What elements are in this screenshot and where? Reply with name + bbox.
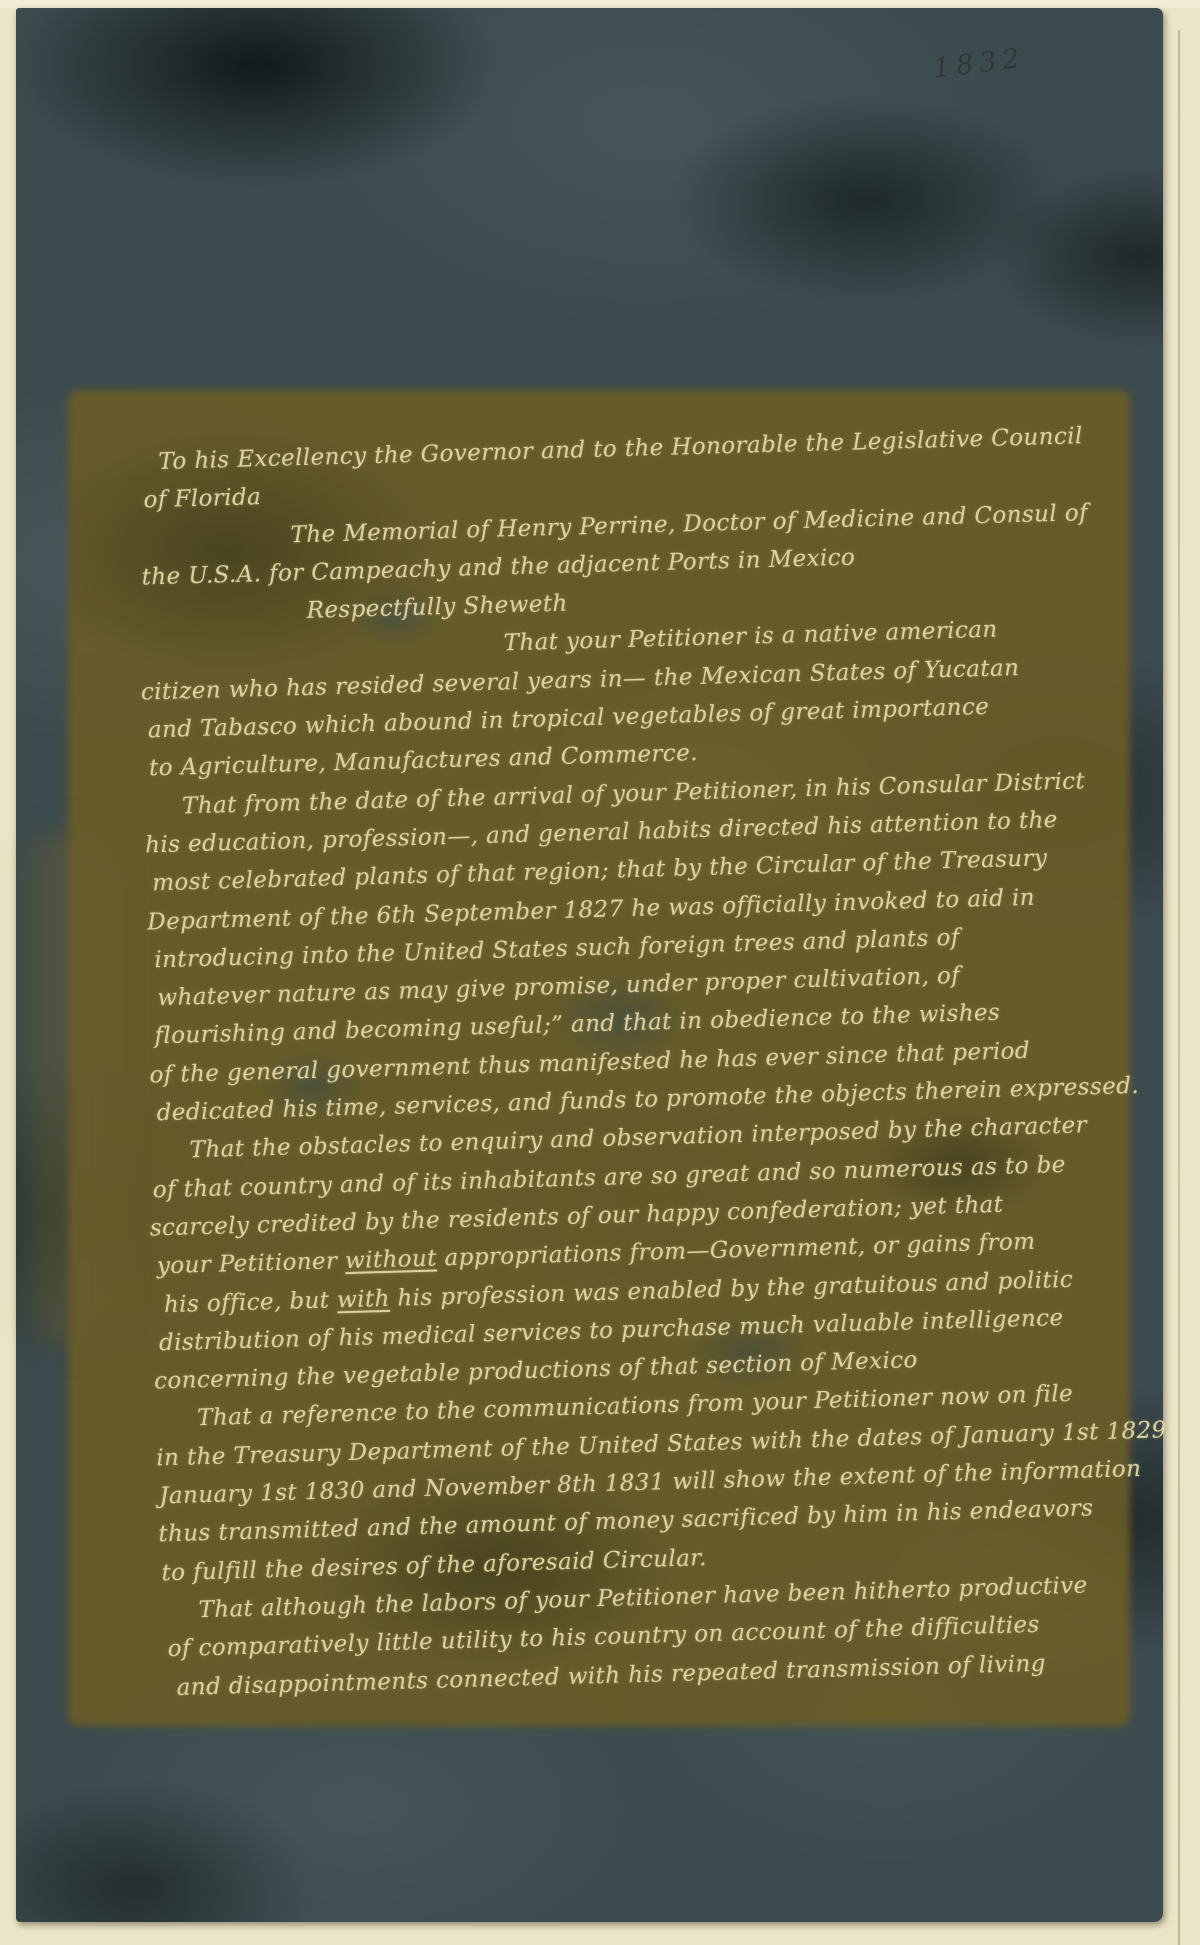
manuscript-text: To his Excellency the Governor and to th… bbox=[50, 416, 1175, 1710]
underlined-word: with bbox=[337, 1285, 390, 1312]
underlined-word: without bbox=[345, 1246, 438, 1275]
scanned-document: 1832 To his Excellency the Governor and … bbox=[0, 0, 1200, 1945]
right-backing-edge-line bbox=[1178, 30, 1180, 1945]
backing-top-strip bbox=[0, 0, 1200, 8]
